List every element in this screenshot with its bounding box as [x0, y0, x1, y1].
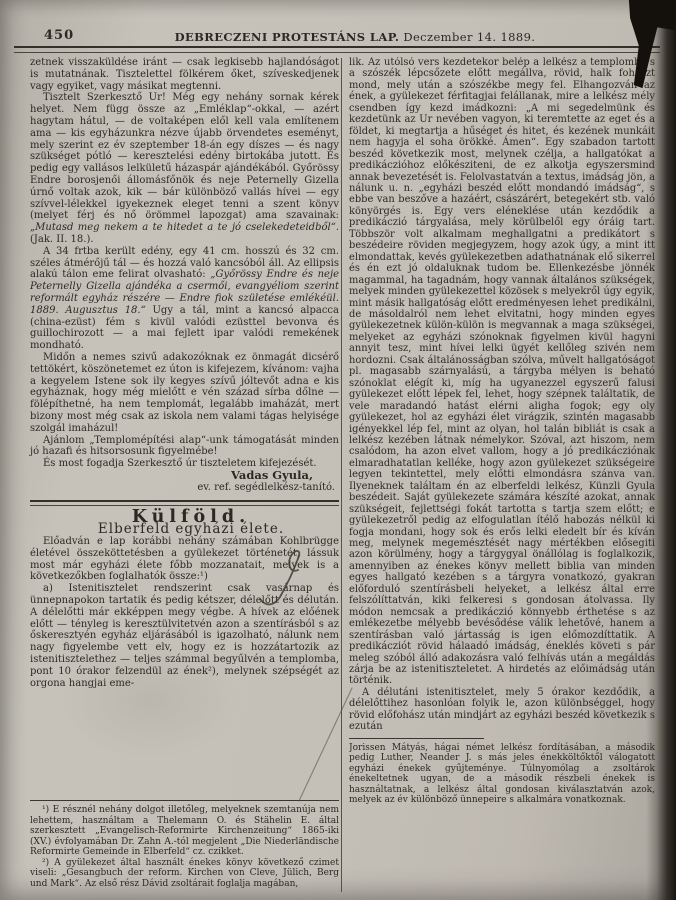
body-paragraph: Ajánlom „Templomépítési alap“-unk támoga… — [30, 435, 339, 459]
signature-name: Vadas Gyula, — [30, 470, 339, 482]
left-column: zetnek visszaküldése iránt — csak legkis… — [30, 57, 339, 895]
masthead-date: Deczember 14. 1889. — [403, 30, 535, 44]
header-rule-thick — [14, 46, 660, 48]
body-paragraph: A 34 frtba került edény, egy 41 cm. hoss… — [30, 246, 339, 352]
footnote-separator-rule — [349, 738, 484, 739]
right-column: lik. Az utólsó vers kezdetekor belép a l… — [349, 57, 655, 897]
body-paragraph: Előadván e lap korábbi nehány számában K… — [30, 536, 339, 583]
footnote-2: ²) A gyülekezet által használt énekes kö… — [30, 858, 339, 890]
masthead-title: DEBRECZENI PROTESTÁNS LAP. — [175, 30, 400, 44]
body-paragraph: zetnek visszaküldése iránt — csak legkis… — [30, 57, 339, 92]
body-paragraph: A délutáni istenitisztelet, mely 5 órako… — [349, 687, 655, 733]
section-divider-double-rule — [30, 500, 339, 506]
signature-title: ev. ref. segédlelkész-tanító. — [30, 482, 339, 494]
body-paragraph: Midőn a nemes szivű adakozóknak ez önmag… — [30, 352, 339, 435]
body-paragraph: Tisztelt Szerkesztő Ur! Még egy nehány s… — [30, 92, 339, 245]
page-number: 450 — [44, 28, 74, 43]
scripture-quote: „Mutasd meg nekem a te hitedet a te jó c… — [30, 222, 339, 233]
left-footnote-block: ¹) E résznél nehány dolgot illetőleg, me… — [30, 800, 339, 889]
body-paragraph: lik. Az utólsó vers kezdetekor belép a l… — [349, 57, 655, 687]
masthead: DEBRECZENI PROTESTÁNS LAP. Deczember 14.… — [120, 30, 590, 44]
footnote-separator-rule — [30, 800, 339, 801]
footnote-continuation: Jorissen Mátyás, hágai német lelkész for… — [349, 743, 655, 806]
newspaper-page-scan: 450 DEBRECZENI PROTESTÁNS LAP. Deczember… — [0, 0, 676, 900]
article-heading: Elberfeld egyházi élete. — [30, 524, 339, 536]
body-paragraph: a) Istenitisztelet rendszerint csak vasá… — [30, 583, 339, 689]
footnote-1: ¹) E résznél nehány dolgot illetőleg, me… — [30, 805, 339, 858]
column-divider-rule — [341, 58, 342, 892]
scan-gutter-shadow — [646, 0, 676, 900]
left-column-body: zetnek visszaküldése iránt — csak legkis… — [30, 57, 339, 689]
header-rule-thin — [14, 52, 660, 53]
